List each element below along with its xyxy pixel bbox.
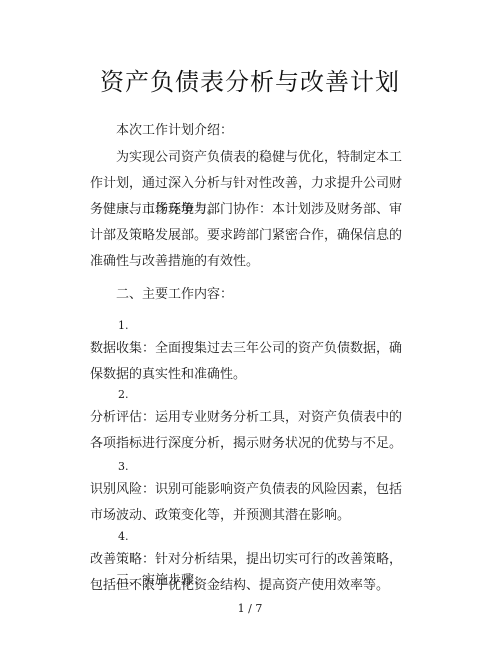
document-title: 资产负债表分析与改善计划 bbox=[0, 62, 500, 97]
item-number: 4. bbox=[118, 530, 129, 543]
item-number: 3. bbox=[118, 460, 129, 473]
page-indicator: 1 / 7 bbox=[0, 602, 500, 615]
list-item: 数据收集：全面搜集过去三年公司的资产负债数据，确保数据的真实性和准确性。 bbox=[90, 336, 410, 388]
item-number: 2. bbox=[118, 388, 129, 401]
section-3-heading: 三、实施步骤： bbox=[90, 568, 410, 594]
list-item: 分析评估：运用专业财务分析工具，对资产负债表中的各项指标进行深度分析，揭示财务状… bbox=[90, 405, 410, 457]
list-item: 识别风险：识别可能影响资产负债表的风险因素，包括市场波动、政策变化等，并预测其潜… bbox=[90, 477, 410, 529]
item-number: 1. bbox=[118, 319, 129, 332]
intro-heading: 本次工作计划介绍： bbox=[90, 118, 410, 144]
section-2-heading: 二、主要工作内容： bbox=[90, 282, 410, 308]
section-1-paragraph: 一、工作环境与部门协作：本计划涉及财务部、审计部及策略发展部。要求跨部门紧密合作… bbox=[90, 197, 410, 275]
